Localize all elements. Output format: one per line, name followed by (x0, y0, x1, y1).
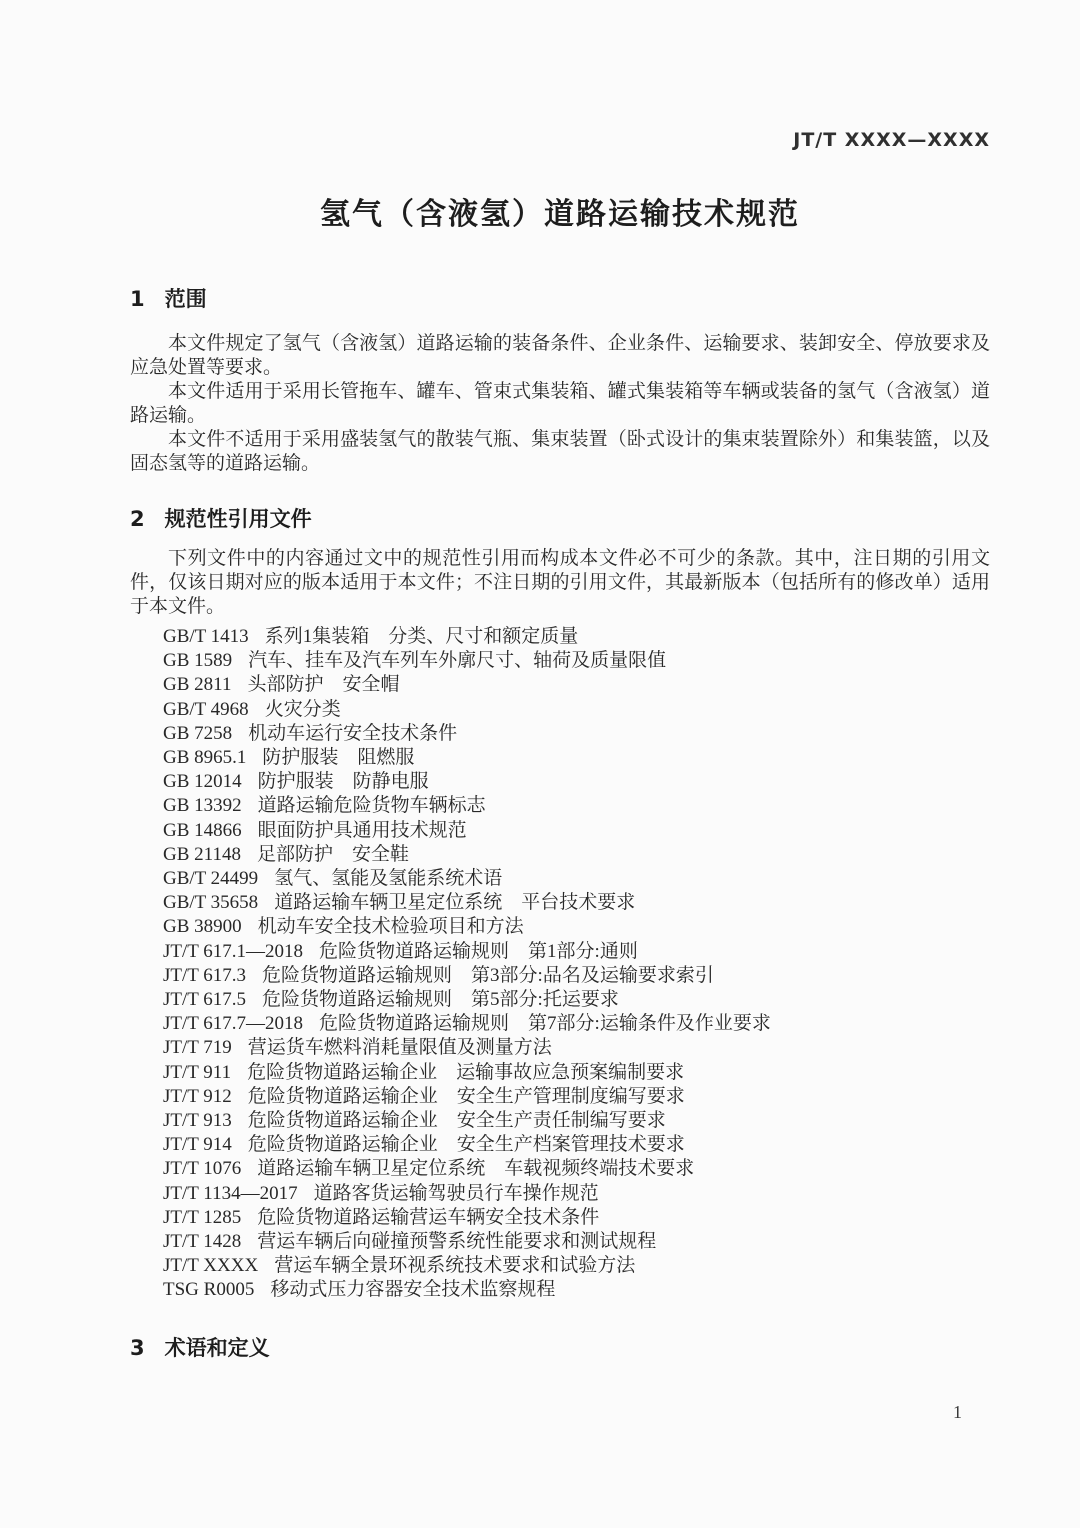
reference-title: 危险货物道路运输规则 第7部分:运输条件及作业要求 (319, 1013, 771, 1034)
reference-code: JT/T 1285 (163, 1206, 241, 1230)
reference-item: GB 38900机动车安全技术检验项目和方法 (130, 915, 990, 939)
reference-title: 危险货物道路运输规则 第5部分:托运要求 (262, 989, 619, 1010)
reference-item: GB/T 1413系列1集装箱 分类、尺寸和额定质量 (130, 625, 990, 649)
reference-code: JT/T 914 (163, 1133, 232, 1157)
reference-item: GB 12014防护服装 防静电服 (130, 770, 990, 794)
scope-paragraph-2: 本文件适用于采用长管拖车、罐车、管束式集装箱、罐式集装箱等车辆或装备的氢气（含液… (130, 380, 990, 428)
reference-item: JT/T 719营运货车燃料消耗量限值及测量方法 (130, 1036, 990, 1060)
reference-item: GB 1589汽车、挂车及汽车列车外廓尺寸、轴荷及质量限值 (130, 649, 990, 673)
reference-title: 道路运输危险货物车辆标志 (258, 795, 486, 816)
reference-title: 危险货物道路运输规则 第3部分:品名及运输要求索引 (262, 965, 714, 986)
reference-code: GB 21148 (163, 843, 241, 867)
reference-item: GB 2811头部防护 安全帽 (130, 673, 990, 697)
section-scope-number: 1 (130, 284, 145, 314)
reference-code: JT/T XXXX (163, 1254, 258, 1278)
reference-code: JT/T 913 (163, 1109, 232, 1133)
reference-code: GB 2811 (163, 673, 231, 697)
reference-title: 营运货车燃料消耗量限值及测量方法 (248, 1037, 552, 1058)
reference-item: GB 21148足部防护 安全鞋 (130, 843, 990, 867)
reference-code: JT/T 1076 (163, 1157, 241, 1181)
scope-paragraph-1: 本文件规定了氢气（含液氢）道路运输的装备条件、企业条件、运输要求、装卸安全、停放… (130, 332, 990, 380)
reference-title: 头部防护 安全帽 (247, 674, 399, 695)
section-scope-title: 范围 (165, 287, 207, 311)
page-number: 1 (953, 1400, 962, 1424)
reference-code: GB 7258 (163, 722, 232, 746)
reference-item: GB 13392道路运输危险货物车辆标志 (130, 794, 990, 818)
reference-code: JT/T 911 (163, 1061, 231, 1085)
reference-title: 危险货物道路运输企业 安全生产管理制度编写要求 (248, 1086, 685, 1107)
reference-title: 防护服装 阻燃服 (262, 747, 414, 768)
section-scope-heading: 1范围 (130, 284, 990, 314)
reference-code: GB 12014 (163, 770, 242, 794)
reference-code: GB 38900 (163, 915, 242, 939)
standard-number: JT/T XXXX—XXXX (130, 128, 990, 152)
reference-item: JT/T 914危险货物道路运输企业 安全生产档案管理技术要求 (130, 1133, 990, 1157)
reference-item: JT/T 1285危险货物道路运输营运车辆安全技术条件 (130, 1206, 990, 1230)
reference-code: GB 14866 (163, 819, 242, 843)
reference-title: 防护服装 防静电服 (258, 771, 429, 792)
reference-code: GB 1589 (163, 649, 232, 673)
reference-code: TSG R0005 (163, 1278, 254, 1302)
document-page: JT/T XXXX—XXXX 氢气（含液氢）道路运输技术规范 1范围 本文件规定… (0, 0, 1080, 1528)
scope-paragraph-3: 本文件不适用于采用盛装氢气的散装气瓶、集束装置（卧式设计的集束装置除外）和集装篮… (130, 428, 990, 476)
reference-title: 移动式压力容器安全技术监察规程 (270, 1279, 555, 1300)
references-intro: 下列文件中的内容通过文中的规范性引用而构成本文件必不可少的条款。其中，注日期的引… (130, 547, 990, 619)
reference-item: JT/T 911危险货物道路运输企业 运输事故应急预案编制要求 (130, 1061, 990, 1085)
reference-code: GB/T 35658 (163, 891, 258, 915)
reference-code: GB/T 24499 (163, 867, 258, 891)
reference-title: 危险货物道路运输规则 第1部分:通则 (319, 941, 638, 962)
reference-title: 道路运输车辆卫星定位系统 平台技术要求 (274, 892, 635, 913)
reference-title: 汽车、挂车及汽车列车外廓尺寸、轴荷及质量限值 (248, 650, 666, 671)
section-references-number: 2 (130, 504, 145, 534)
reference-title: 危险货物道路运输企业 安全生产责任制编写要求 (248, 1110, 666, 1131)
reference-code: JT/T 617.1—2018 (163, 940, 303, 964)
reference-code: GB/T 4968 (163, 698, 249, 722)
reference-title: 营运车辆全景环视系统技术要求和试验方法 (274, 1255, 635, 1276)
reference-item: GB/T 4968火灾分类 (130, 698, 990, 722)
reference-title: 氢气、氢能及氢能系统术语 (274, 868, 502, 889)
reference-title: 危险货物道路运输企业 安全生产档案管理技术要求 (248, 1134, 685, 1155)
section-terms-title: 术语和定义 (165, 1336, 270, 1360)
reference-item: TSG R0005移动式压力容器安全技术监察规程 (130, 1278, 990, 1302)
reference-item: JT/T XXXX营运车辆全景环视系统技术要求和试验方法 (130, 1254, 990, 1278)
reference-title: 机动车安全技术检验项目和方法 (258, 916, 524, 937)
section-terms-heading: 3术语和定义 (130, 1333, 990, 1363)
reference-code: JT/T 617.3 (163, 964, 246, 988)
reference-title: 道路运输车辆卫星定位系统 车载视频终端技术要求 (257, 1158, 694, 1179)
reference-item: GB/T 24499氢气、氢能及氢能系统术语 (130, 867, 990, 891)
reference-title: 道路客货运输驾驶员行车操作规范 (314, 1183, 599, 1204)
reference-title: 危险货物道路运输企业 运输事故应急预案编制要求 (247, 1062, 684, 1083)
reference-title: 机动车运行安全技术条件 (248, 723, 457, 744)
reference-item: JT/T 1428营运车辆后向碰撞预警系统性能要求和测试规程 (130, 1230, 990, 1254)
reference-code: JT/T 617.5 (163, 988, 246, 1012)
reference-code: GB 8965.1 (163, 746, 246, 770)
reference-code: JT/T 1428 (163, 1230, 241, 1254)
reference-item: JT/T 912危险货物道路运输企业 安全生产管理制度编写要求 (130, 1085, 990, 1109)
reference-title: 火灾分类 (265, 699, 341, 720)
reference-code: JT/T 912 (163, 1085, 232, 1109)
reference-item: JT/T 617.7—2018危险货物道路运输规则 第7部分:运输条件及作业要求 (130, 1012, 990, 1036)
reference-title: 系列1集装箱 分类、尺寸和额定质量 (265, 626, 579, 647)
reference-item: JT/T 617.5危险货物道路运输规则 第5部分:托运要求 (130, 988, 990, 1012)
reference-item: JT/T 617.1—2018危险货物道路运输规则 第1部分:通则 (130, 940, 990, 964)
reference-item: JT/T 913危险货物道路运输企业 安全生产责任制编写要求 (130, 1109, 990, 1133)
reference-item: JT/T 1134—2017道路客货运输驾驶员行车操作规范 (130, 1182, 990, 1206)
reference-item: GB 7258机动车运行安全技术条件 (130, 722, 990, 746)
section-references-title: 规范性引用文件 (165, 507, 312, 531)
reference-code: JT/T 1134—2017 (163, 1182, 298, 1206)
reference-code: GB 13392 (163, 794, 242, 818)
reference-item: GB/T 35658道路运输车辆卫星定位系统 平台技术要求 (130, 891, 990, 915)
reference-code: JT/T 719 (163, 1036, 232, 1060)
reference-title: 眼面防护具通用技术规范 (258, 820, 467, 841)
reference-code: GB/T 1413 (163, 625, 249, 649)
reference-item: JT/T 617.3危险货物道路运输规则 第3部分:品名及运输要求索引 (130, 964, 990, 988)
document-title: 氢气（含液氢）道路运输技术规范 (130, 194, 990, 236)
reference-title: 营运车辆后向碰撞预警系统性能要求和测试规程 (257, 1231, 656, 1252)
reference-list: GB/T 1413系列1集装箱 分类、尺寸和额定质量 GB 1589汽车、挂车及… (130, 625, 990, 1303)
reference-item: GB 14866眼面防护具通用技术规范 (130, 819, 990, 843)
reference-code: JT/T 617.7—2018 (163, 1012, 303, 1036)
section-terms-number: 3 (130, 1333, 145, 1363)
reference-title: 足部防护 安全鞋 (257, 844, 409, 865)
section-references-heading: 2规范性引用文件 (130, 504, 990, 534)
reference-title: 危险货物道路运输营运车辆安全技术条件 (257, 1207, 599, 1228)
reference-item: GB 8965.1防护服装 阻燃服 (130, 746, 990, 770)
reference-item: JT/T 1076道路运输车辆卫星定位系统 车载视频终端技术要求 (130, 1157, 990, 1181)
